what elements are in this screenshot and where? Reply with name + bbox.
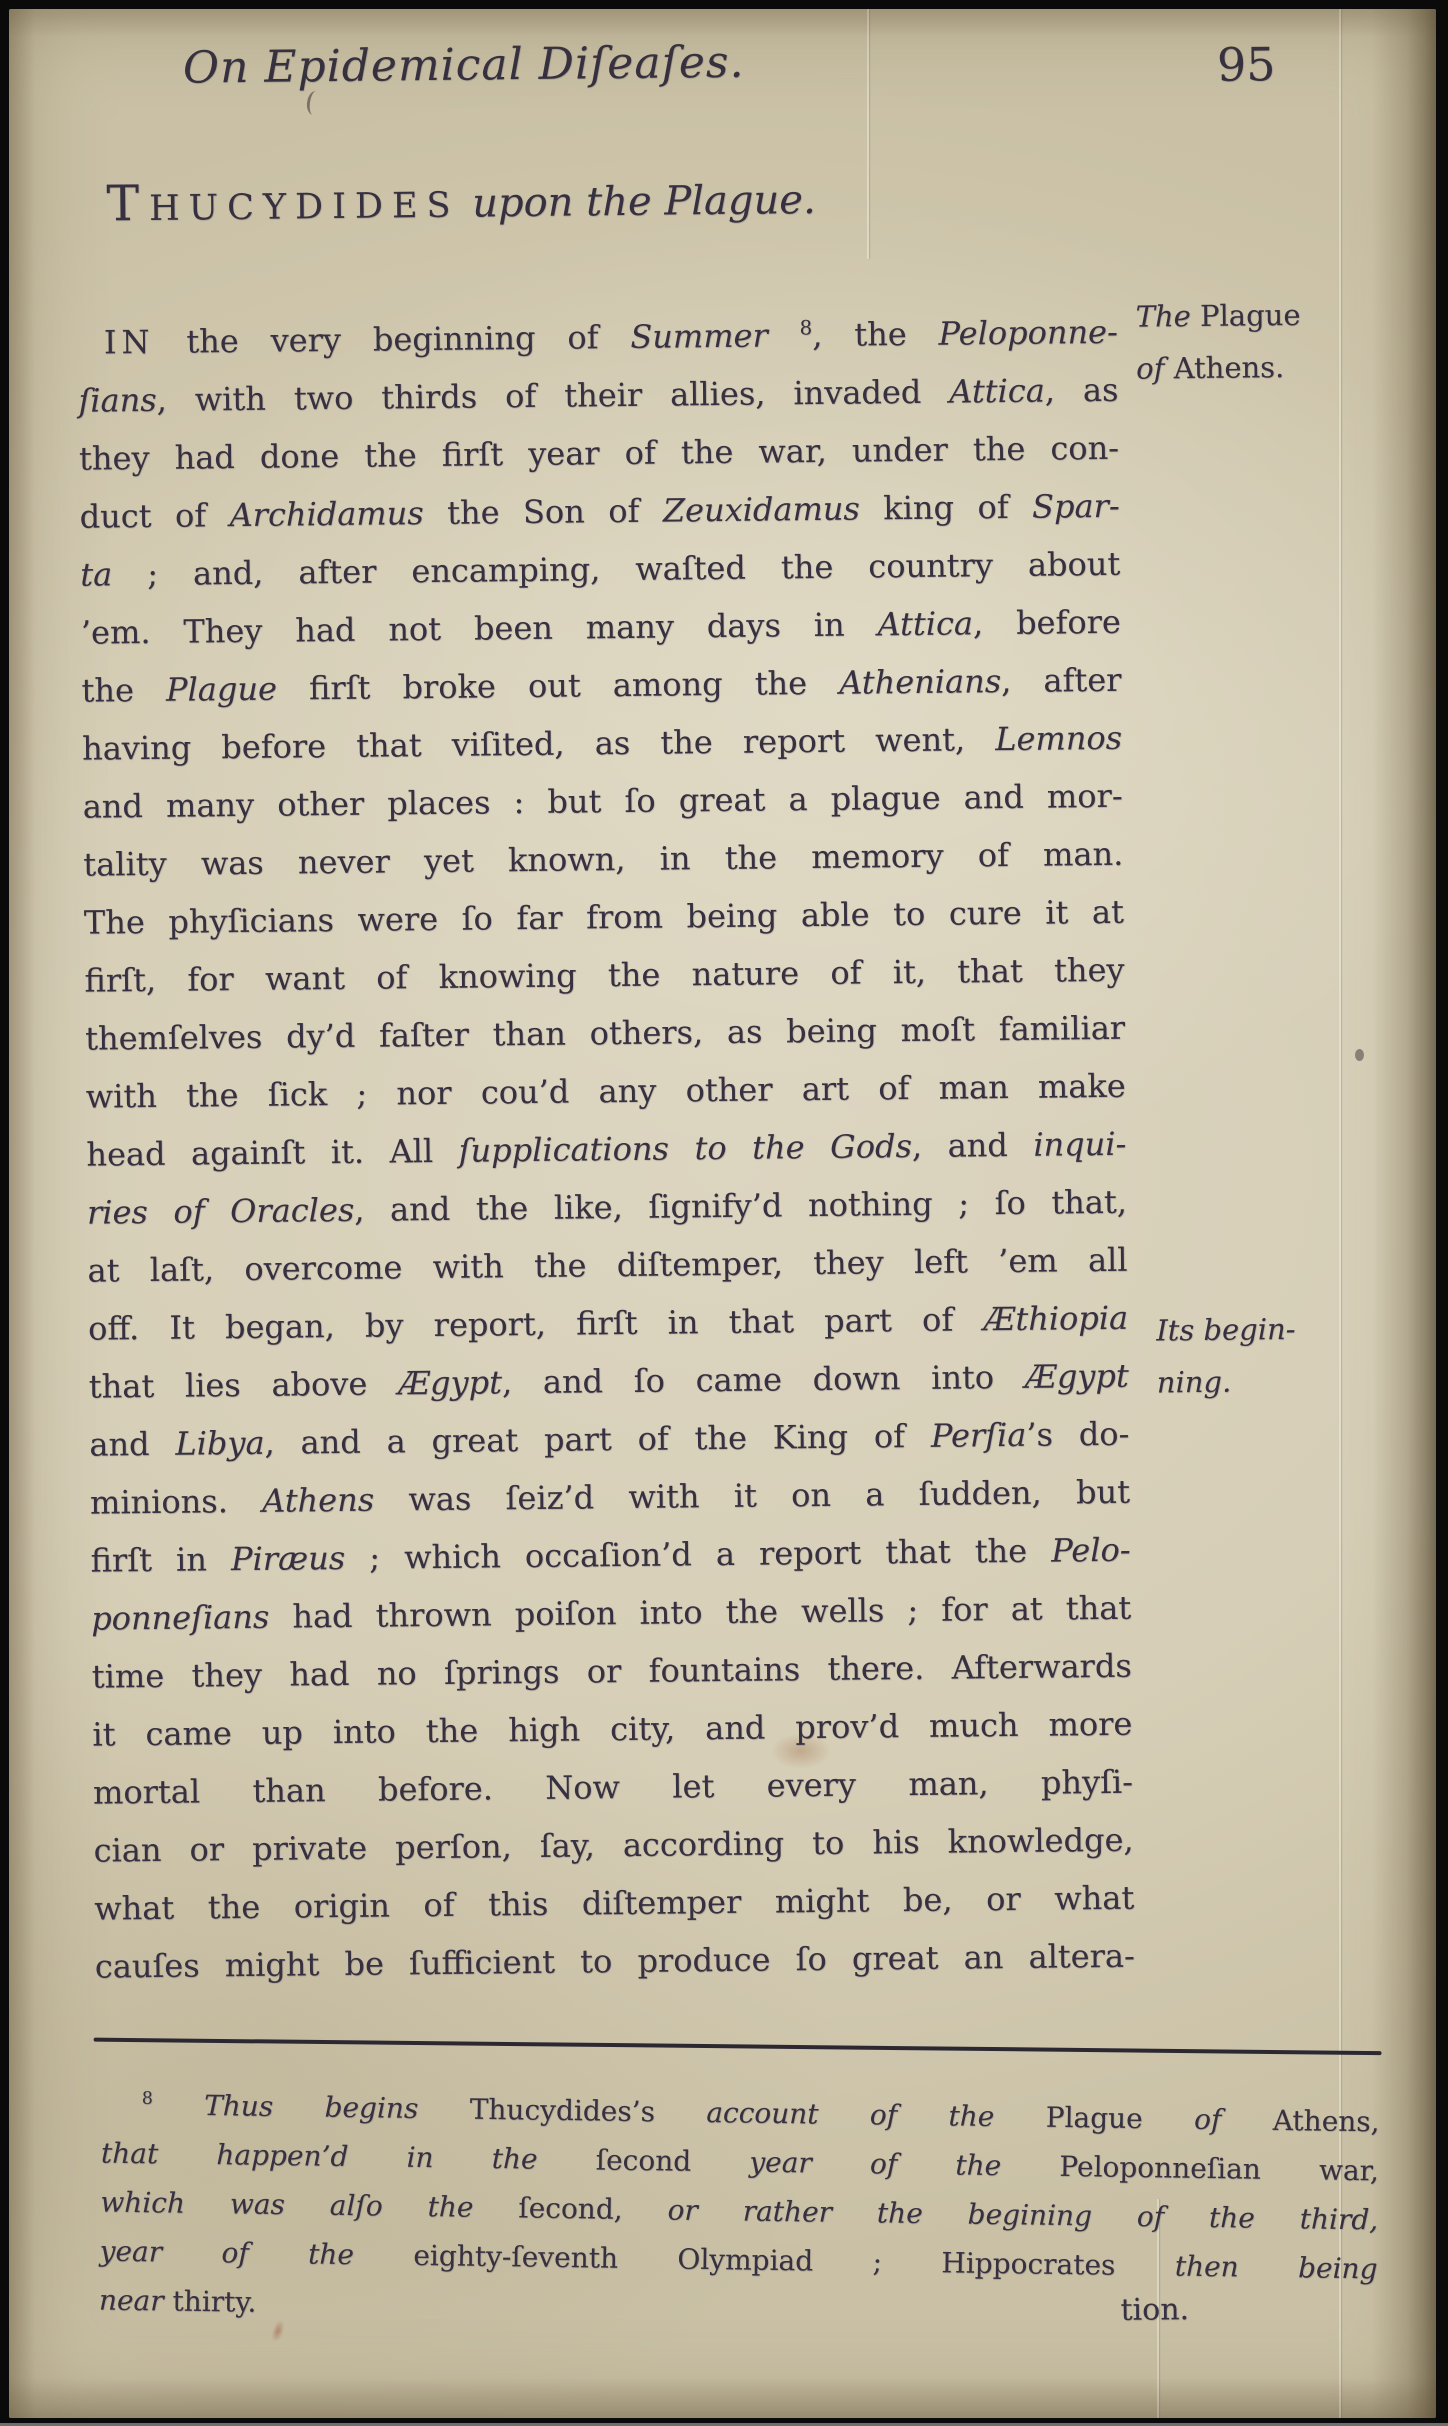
text-run: Plague [1191, 298, 1301, 333]
text-run: 8 [799, 316, 812, 339]
text-run: ponneſians [91, 1598, 269, 1638]
text-line: head againſt it. All ſupplications to th… [86, 1115, 1127, 1184]
text-run: it came up into the high city, and prov’… [92, 1705, 1132, 1754]
text-line: they had done the firſt year of the war,… [79, 419, 1120, 488]
text-line: ’em. They had not been many days in Atti… [81, 593, 1122, 662]
text-line: mortal than before. Now let every man, p… [93, 1753, 1134, 1822]
text-line: ſians, with two thirds of their allies, … [78, 361, 1119, 430]
text-line: of Athens. [1136, 340, 1355, 394]
text-run: upon the Plague. [459, 177, 816, 227]
text-run: , and the like, ſignify’d nothing ; ſo t… [354, 1183, 1127, 1229]
text-run: off. It began, by report, firſt in that … [88, 1300, 984, 1347]
text-run: year of the [99, 2235, 413, 2272]
page-number: 95 [1217, 37, 1276, 92]
text-run: cauſes might be ſufficient to produce ſo… [95, 1937, 1135, 1986]
text-run: Peloponneſian war, [1059, 2150, 1379, 2187]
text-line: and many other places : but ſo great a p… [82, 767, 1123, 836]
text-line: the Plague firſt broke out among the Ath… [81, 651, 1122, 720]
section-heading: THUCYDIDES upon the Plague. [106, 168, 816, 232]
text-run: Athens, [1272, 2104, 1379, 2138]
text-run: head againſt it. All [86, 1132, 459, 1174]
text-line: what the origin of this diſtemper might … [94, 1869, 1135, 1938]
text-run: what the origin of this diſtemper might … [94, 1879, 1134, 1928]
text-run: Peloponne- [938, 313, 1118, 353]
text-run: or rather the begining of the third, [667, 2193, 1378, 2236]
text-run: Attica [877, 604, 973, 643]
text-run: Spar- [1032, 487, 1120, 526]
text-run: 8 [142, 2089, 153, 2109]
text-run: that lies above [89, 1364, 399, 1405]
text-run: and many other places : but ſo great a p… [83, 777, 1123, 826]
text-run: The [1135, 299, 1191, 334]
text-run: , with two thirds of their allies, invad… [156, 373, 949, 419]
text-run: which was alſo the [100, 2186, 518, 2225]
text-run: eighty-ſeventh Olympiad ; Hippocrates [413, 2239, 1175, 2283]
text-run: minions. [90, 1482, 263, 1522]
text-run: at laſt, overcome with the diſtemper, th… [87, 1241, 1127, 1290]
text-run: duct of [79, 496, 229, 536]
text-run: ries of Oracles [87, 1191, 355, 1232]
text-run: Archidamus [229, 494, 423, 534]
text-line: firſt in Piræus ; which occaſion’d a rep… [90, 1521, 1131, 1590]
text-run [153, 2088, 205, 2122]
text-run: IN [104, 323, 155, 362]
text-run: ; and, after encamping, waſted the count… [112, 545, 1120, 594]
text-run [768, 316, 800, 354]
text-run: ’em. They had not been many days in [81, 605, 878, 651]
text-run: the Son of [423, 492, 663, 533]
text-run: of [1194, 2103, 1273, 2137]
text-run: was ſeiz’d with it on a ſudden, but [374, 1473, 1130, 1519]
text-run: tality was never yet known, in the memor… [83, 835, 1123, 884]
text-run: cian or private perſon, ſay, according t… [93, 1821, 1133, 1870]
text-run: Zeuxidamus [663, 490, 860, 530]
text-line: time they had no ſprings or fountains th… [92, 1637, 1133, 1706]
text-run: the very beginning of [154, 318, 630, 361]
text-run: Thus begins [204, 2089, 470, 2126]
text-run: had thrown poiſon into the wells ; for a… [269, 1589, 1131, 1636]
text-run: firſt in [90, 1540, 231, 1579]
body-text: IN the very beginning of Summer 8, the P… [78, 303, 1136, 1996]
text-line: IN the very beginning of Summer 8, the P… [78, 303, 1119, 372]
text-line: cauſes might be ſufficient to produce ſo… [95, 1927, 1136, 1996]
text-run: firſt broke out among the [277, 664, 840, 708]
text-run: Attica [949, 372, 1045, 411]
text-run: king of [860, 488, 1033, 528]
text-run: Piræus [231, 1539, 346, 1578]
text-run: Athens. [1164, 350, 1284, 385]
text-line: ning. [1157, 1354, 1376, 1408]
text-run: ning. [1157, 1365, 1232, 1400]
text-run: the [81, 671, 166, 710]
text-run: Plague [166, 670, 277, 709]
text-line: ponneſians had thrown poiſon into the we… [91, 1579, 1132, 1648]
text-run: ’s do- [1026, 1415, 1129, 1454]
text-run: HUCYDIDES [149, 186, 460, 229]
text-run: with the ſick ; nor cou’d any other art … [86, 1067, 1126, 1116]
text-run: time they had no ſprings or fountains th… [92, 1647, 1132, 1696]
text-run: year of the [749, 2146, 1060, 2183]
text-run: , the [812, 315, 939, 354]
scanned-book-page: On Epidemical Diſeaſes. 95 THUCYDIDES up… [0, 0, 1448, 2426]
text-run: , and [912, 1126, 1034, 1165]
text-line: themſelves dy’d faſter than others, as b… [85, 999, 1126, 1068]
text-line: ta ; and, after encamping, waſted the co… [80, 535, 1121, 604]
margin-note-plague-of-athens: The Plagueof Athens. [1135, 288, 1354, 394]
footnote-rule [94, 2038, 1382, 2055]
text-run: Thucydides’s [469, 2093, 706, 2129]
text-run: T [106, 175, 149, 232]
text-run: The phyſicians were ſo far from being ab… [84, 893, 1124, 942]
text-run: ſians [78, 381, 157, 420]
text-line: minions. Athens was ſeiz’d with it on a … [90, 1463, 1131, 1532]
text-line: at laſt, overcome with the diſtemper, th… [87, 1231, 1128, 1300]
page-paper: On Epidemical Diſeaſes. 95 THUCYDIDES up… [9, 9, 1436, 2418]
text-run: they had done the firſt year of the war,… [79, 429, 1119, 478]
text-run: Its begin- [1156, 1312, 1296, 1347]
text-line: Its begin- [1156, 1302, 1375, 1356]
text-run: Ægypt [1025, 1357, 1129, 1396]
text-run: Athenians [839, 662, 1001, 702]
text-line: off. It began, by report, firſt in that … [88, 1289, 1129, 1358]
text-run: ſecond, [518, 2191, 668, 2226]
text-run: themſelves dy’d faſter than others, as b… [85, 1009, 1125, 1058]
text-run: ſupplications to the Gods [458, 1127, 912, 1170]
text-run: Summer [630, 316, 768, 355]
text-run: thirty. [172, 2285, 256, 2319]
text-line: it came up into the high city, and prov’… [92, 1695, 1133, 1764]
text-run: Pelo- [1051, 1531, 1131, 1570]
text-run: ; which occaſion’d a report that the [345, 1532, 1051, 1577]
text-run: Plague [1046, 2101, 1195, 2136]
text-run: Æthiopia [983, 1299, 1128, 1339]
text-run: that happen’d in the [101, 2137, 596, 2177]
text-line: ries of Oracles, and the like, ſignify’d… [87, 1173, 1128, 1242]
text-line: and Libya, and a great part of the King … [89, 1405, 1130, 1474]
text-run: inqui- [1033, 1125, 1126, 1164]
text-run: Athens [262, 1481, 374, 1520]
text-run: , after [1001, 661, 1122, 700]
text-run: near [99, 2284, 173, 2318]
text-run: and [89, 1425, 175, 1464]
margin-note-its-beginning: Its begin-ning. [1156, 1302, 1375, 1408]
page-content: On Epidemical Diſeaſes. 95 THUCYDIDES up… [9, 9, 1436, 2418]
text-line: that lies above Ægypt, and ſo came down … [88, 1347, 1129, 1416]
text-line: cian or private perſon, ſay, according t… [93, 1811, 1134, 1880]
text-run: , and ſo came down into [502, 1358, 1025, 1401]
text-run: then being [1175, 2250, 1378, 2286]
text-run: Perſia [931, 1416, 1027, 1455]
text-run: , as [1045, 371, 1119, 410]
catchword: tion. [1120, 2292, 1189, 2328]
text-run: Lemnos [995, 719, 1122, 758]
text-line: tality was never yet known, in the memor… [83, 825, 1124, 894]
text-run: account of the [706, 2096, 1046, 2134]
text-run: Libya [175, 1424, 265, 1463]
scan-frame: On Epidemical Diſeaſes. 95 THUCYDIDES up… [0, 0, 1448, 2426]
text-run: Ægypt [398, 1363, 502, 1402]
text-run: of [1136, 351, 1165, 385]
text-run: ſecond [596, 2143, 750, 2178]
text-line: having before that viſited, as the repor… [82, 709, 1123, 778]
text-line: with the ſick ; nor cou’d any other art … [85, 1057, 1126, 1126]
text-run: firſt, for want of knowing the nature of… [84, 951, 1124, 1000]
text-run: , before [973, 603, 1121, 643]
text-run: having before that viſited, as the repor… [82, 720, 996, 768]
text-line: duct of Archidamus the Son of Zeuxidamus… [79, 477, 1120, 546]
text-run: mortal than before. Now let every man, p… [93, 1763, 1133, 1812]
text-run: , and a great part of the King of [264, 1417, 931, 1462]
text-line: firſt, for want of knowing the nature of… [84, 941, 1125, 1010]
running-title: On Epidemical Diſeaſes. [183, 37, 745, 94]
text-line: The phyſicians were ſo far from being ab… [84, 883, 1125, 952]
text-run: ta [80, 555, 112, 593]
text-line: The Plague [1135, 288, 1354, 342]
